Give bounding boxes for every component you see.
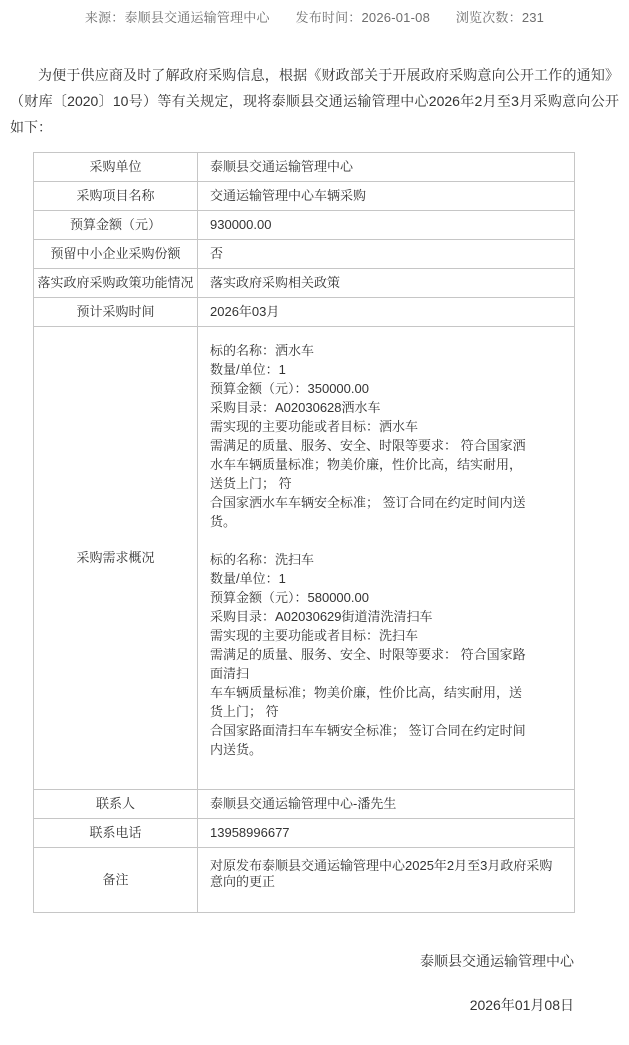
row-contact-phone: 联系电话 13958996677 (34, 819, 575, 848)
row-project-name: 采购项目名称 交通运输管理中心车辆采购 (34, 182, 575, 211)
row-value-demand-overview: 标的名称：洒水车 数量/单位：1 预算金额（元）：350000.00 采购目录：… (198, 327, 575, 790)
row-label: 采购需求概况 (34, 327, 198, 790)
row-remarks: 备注 对原发布泰顺县交通运输管理中心2025年2月至3月政府采购意向的更正 (34, 848, 575, 913)
row-label: 预计采购时间 (34, 298, 198, 327)
announcement-page: 来源：泰顺县交通运输管理中心 发布时间：2026-01-08 浏览次数：231 … (0, 0, 629, 1015)
row-value: 930000.00 (198, 211, 575, 240)
row-value: 2026年03月 (198, 298, 575, 327)
row-demand-overview: 采购需求概况 标的名称：洒水车 数量/单位：1 预算金额（元）：350000.0… (34, 327, 575, 790)
row-value: 落实政府采购相关政策 (198, 269, 575, 298)
row-label: 预留中小企业采购份额 (34, 240, 198, 269)
row-value: 对原发布泰顺县交通运输管理中心2025年2月至3月政府采购意向的更正 (198, 848, 575, 913)
row-value: 交通运输管理中心车辆采购 (198, 182, 575, 211)
row-label: 采购单位 (34, 153, 198, 182)
row-sme-reserved-share: 预留中小企业采购份额 否 (34, 240, 575, 269)
row-label: 落实政府采购政策功能情况 (34, 269, 198, 298)
row-label: 联系电话 (34, 819, 198, 848)
signature-block: 泰顺县交通运输管理中心 2026年01月08日 (0, 951, 629, 1015)
meta-publish-time: 发布时间：2026-01-08 (296, 10, 431, 25)
row-budget-amount: 预算金额（元） 930000.00 (34, 211, 575, 240)
procurement-intent-table: 采购单位 泰顺县交通运输管理中心 采购项目名称 交通运输管理中心车辆采购 预算金… (33, 152, 575, 913)
meta-source: 来源：泰顺县交通运输管理中心 (85, 10, 270, 25)
meta-view-count: 浏览次数：231 (456, 10, 544, 25)
row-value: 否 (198, 240, 575, 269)
row-purchasing-unit: 采购单位 泰顺县交通运输管理中心 (34, 153, 575, 182)
article-meta: 来源：泰顺县交通运输管理中心 发布时间：2026-01-08 浏览次数：231 (0, 0, 629, 26)
row-value: 13958996677 (198, 819, 575, 848)
row-label: 备注 (34, 848, 198, 913)
row-label: 联系人 (34, 790, 198, 819)
signature-date: 2026年01月08日 (0, 995, 574, 1015)
row-contact-person: 联系人 泰顺县交通运输管理中心-潘先生 (34, 790, 575, 819)
row-policy-implementation: 落实政府采购政策功能情况 落实政府采购相关政策 (34, 269, 575, 298)
signature-org: 泰顺县交通运输管理中心 (0, 951, 574, 971)
row-label: 采购项目名称 (34, 182, 198, 211)
intro-paragraph: 为便于供应商及时了解政府采购信息，根据《财政部关于开展政府采购意向公开工作的通知… (10, 62, 619, 140)
row-value: 泰顺县交通运输管理中心 (198, 153, 575, 182)
row-planned-purchase-time: 预计采购时间 2026年03月 (34, 298, 575, 327)
row-value: 泰顺县交通运输管理中心-潘先生 (198, 790, 575, 819)
row-label: 预算金额（元） (34, 211, 198, 240)
